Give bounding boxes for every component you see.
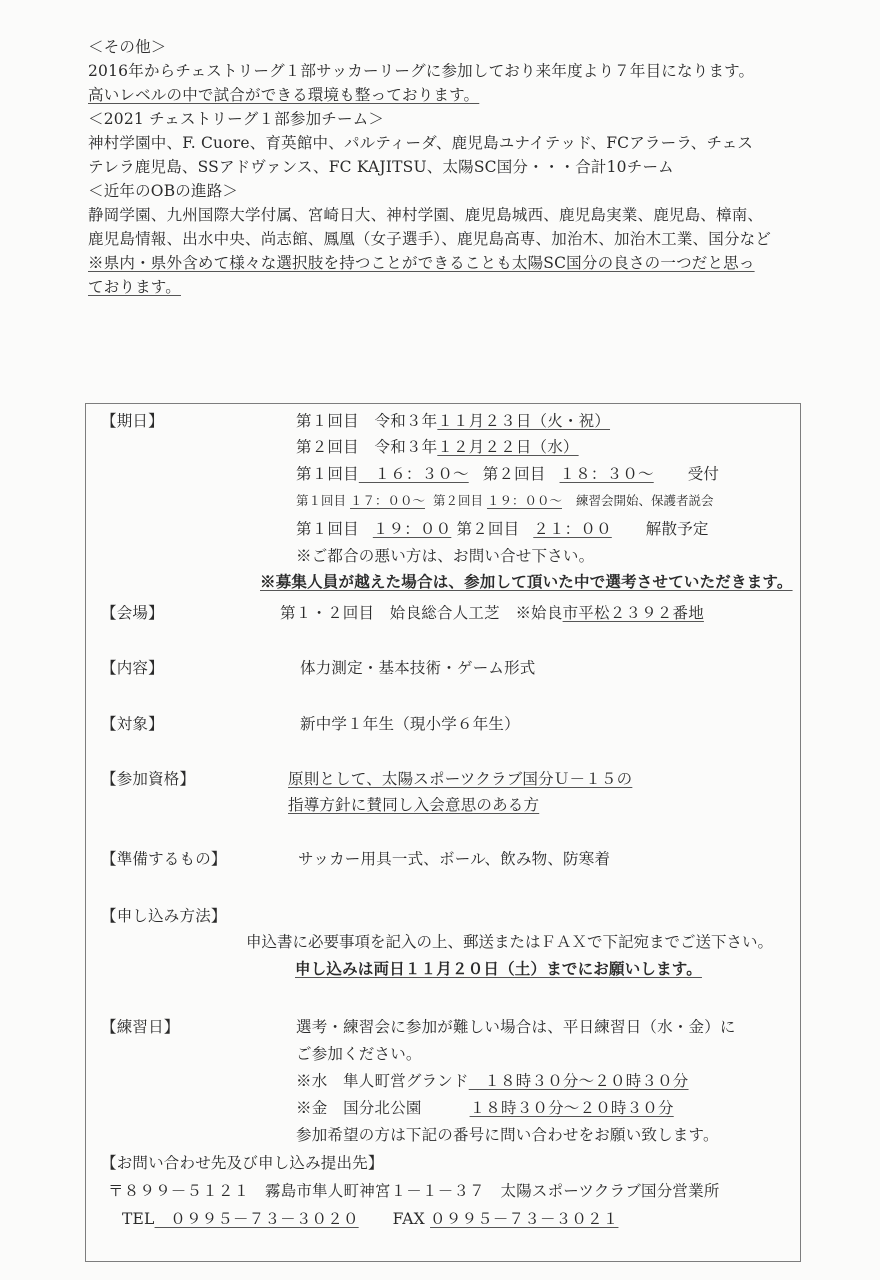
practice-friday: ※金 国分北公園１８時３０分〜２０時３０分 (296, 1097, 674, 1119)
dismiss-t2: ２１：００ (533, 520, 612, 538)
venue-address: 市平松２３９２番地 (563, 604, 704, 622)
other-line-1: 2016年からチェストリーグ１部サッカーリーグに参加しており来年度より７年目にな… (88, 60, 754, 82)
fri-location: ※金 国分北公園 (296, 1099, 422, 1117)
contact-label: 【お問い合わせ先及び申し込み提出先】 (101, 1152, 384, 1174)
reception-t1: １６：３０〜 (359, 465, 469, 483)
date-note: ※ご都合の悪い方は、お問い合せ下さい。 (296, 545, 594, 567)
dismiss-label: 解散予定 (646, 520, 709, 538)
reception-r1: 第１回目 (296, 465, 359, 483)
date-round-1-prefix: 第１回目 令和３年 (296, 412, 437, 430)
date-round-2-date: １２月２２日（水） (437, 438, 578, 456)
apply-line-1: 申込書に必要事項を記入の上、郵送またはＦＡＸで下記宛までご送下さい。 (246, 931, 773, 953)
contact-address: 〒８９９－５１２１ 霧島市隼人町神宮１－１－３７ 太陽スポーツクラブ国分営業所 (108, 1180, 720, 1202)
target-value: 新中学１年生（現小学６年生） (300, 713, 520, 735)
other-heading: ＜その他＞ (88, 36, 167, 58)
content-label: 【内容】 (101, 657, 164, 679)
reception-label: 受付 (688, 465, 719, 483)
practice-wednesday: ※水 隼人町営グランド １８時３０分〜２０時３０分 (296, 1070, 689, 1092)
reception-t2: １８：３０〜 (560, 465, 654, 483)
dismiss-times: 第１回目１９：００ 第２回目２１：００解散予定 (296, 518, 709, 540)
tel-number[interactable]: ０９９５－７３－３０２０ (155, 1210, 359, 1228)
teams-heading: ＜2021 チェストリーグ１部参加チーム＞ (88, 108, 384, 130)
start-t1: １７：００〜 (350, 493, 425, 508)
dismiss-t1: １９：００ (373, 520, 452, 538)
date-round-1: 第１回目 令和３年１１月２３日（火・祝） (296, 410, 610, 432)
fax-number: ０９９５－７３－３０２１ (430, 1210, 618, 1228)
eligibility-label: 【参加資格】 (101, 768, 195, 790)
date-round-1-date: １１月２３日（火・祝） (437, 412, 610, 430)
teams-line-1: 神村学園中、F. Cuore、育英館中、パルティーダ、鹿児島ユナイテッド、FCア… (88, 132, 753, 154)
eligibility-line-1: 原則として、太陽スポーツクラブ国分Ｕ－１５の (288, 768, 632, 790)
fri-time: １８時３０分〜２０時３０分 (470, 1099, 674, 1117)
ob-note-1: ※県内・県外含めて様々な選択肢を持つことができることも太陽SC国分の良さの一つだ… (88, 252, 755, 274)
reception-r2: 第２回目 (483, 465, 546, 483)
wed-location: ※水 隼人町営グランド (296, 1072, 469, 1090)
target-label: 【対象】 (101, 713, 164, 735)
practice-line-2: ご参加ください。 (296, 1043, 422, 1065)
other-line-2: 高いレベルの中で試合ができる環境も整っております。 (88, 84, 479, 106)
contact-phone-fax: TEL ０９９５－７３－３０２０FAX ０９９５－７３－３０２１ (122, 1208, 618, 1230)
ob-heading: ＜近年のOBの進路＞ (88, 180, 238, 202)
start-label: 練習会開始、保護者説会 (576, 493, 714, 508)
apply-deadline: 申し込みは両日１１月２０日（土）までにお願いします。 (295, 958, 702, 980)
wed-time: １８時３０分〜２０時３０分 (469, 1072, 689, 1090)
capacity-note: ※募集人員が越えた場合は、参加して頂いた中で選考させていただきます。 (260, 571, 793, 593)
practice-label: 【練習日】 (101, 1016, 180, 1038)
practice-line-1: 選考・練習会に参加が難しい場合は、平日練習日（水・金）に (296, 1016, 736, 1038)
start-t2: １９：００〜 (487, 493, 562, 508)
fax-label: FAX (393, 1210, 425, 1228)
items-value: サッカー用具一式、ボール、飲み物、防寒着 (298, 848, 610, 870)
dismiss-r2: 第２回目 (456, 520, 519, 538)
venue-value: 第１・２回目 姶良総合人工芝 ※姶良市平松２３９２番地 (280, 602, 704, 624)
ob-line-1: 静岡学園、九州国際大学付属、宮崎日大、神村学園、鹿児島城西、鹿児島実業、鹿児島、… (88, 204, 763, 226)
ob-note-2: ております。 (88, 276, 181, 298)
practice-note: 参加希望の方は下記の番号に問い合わせをお願い致します。 (296, 1124, 719, 1146)
start-times: 第１回目 １７：００〜 第２回目 １９：００〜練習会開始、保護者説会 (296, 492, 714, 510)
content-value: 体力測定・基本技術・ゲーム形式 (300, 657, 536, 679)
venue-name: 第１・２回目 姶良総合人工芝 ※姶良 (280, 604, 563, 622)
venue-label: 【会場】 (101, 602, 164, 624)
date-round-2-prefix: 第２回目 令和３年 (296, 438, 437, 456)
date-label: 【期日】 (101, 410, 164, 432)
start-r2: 第２回目 (433, 493, 483, 508)
apply-label: 【申し込み方法】 (101, 905, 227, 927)
dismiss-r1: 第１回目 (296, 520, 359, 538)
ob-line-2: 鹿児島情報、出水中央、尚志館、鳳凰（女子選手）、鹿児島高専、加治木、加治木工業、… (88, 228, 771, 250)
items-label: 【準備するもの】 (101, 848, 227, 870)
teams-line-2: テレラ鹿児島、SSアドヴァンス、FC KAJITSU、太陽SC国分・・・合計10… (88, 156, 674, 178)
reception-times: 第１回目 １６：３０〜第２回目１８：３０〜受付 (296, 463, 719, 485)
eligibility-line-2: 指導方針に賛同し入会意思のある方 (288, 794, 539, 816)
date-round-2: 第２回目 令和３年１２月２２日（水） (296, 436, 579, 458)
start-r1: 第１回目 (296, 493, 346, 508)
tel-label: TEL (122, 1210, 155, 1228)
